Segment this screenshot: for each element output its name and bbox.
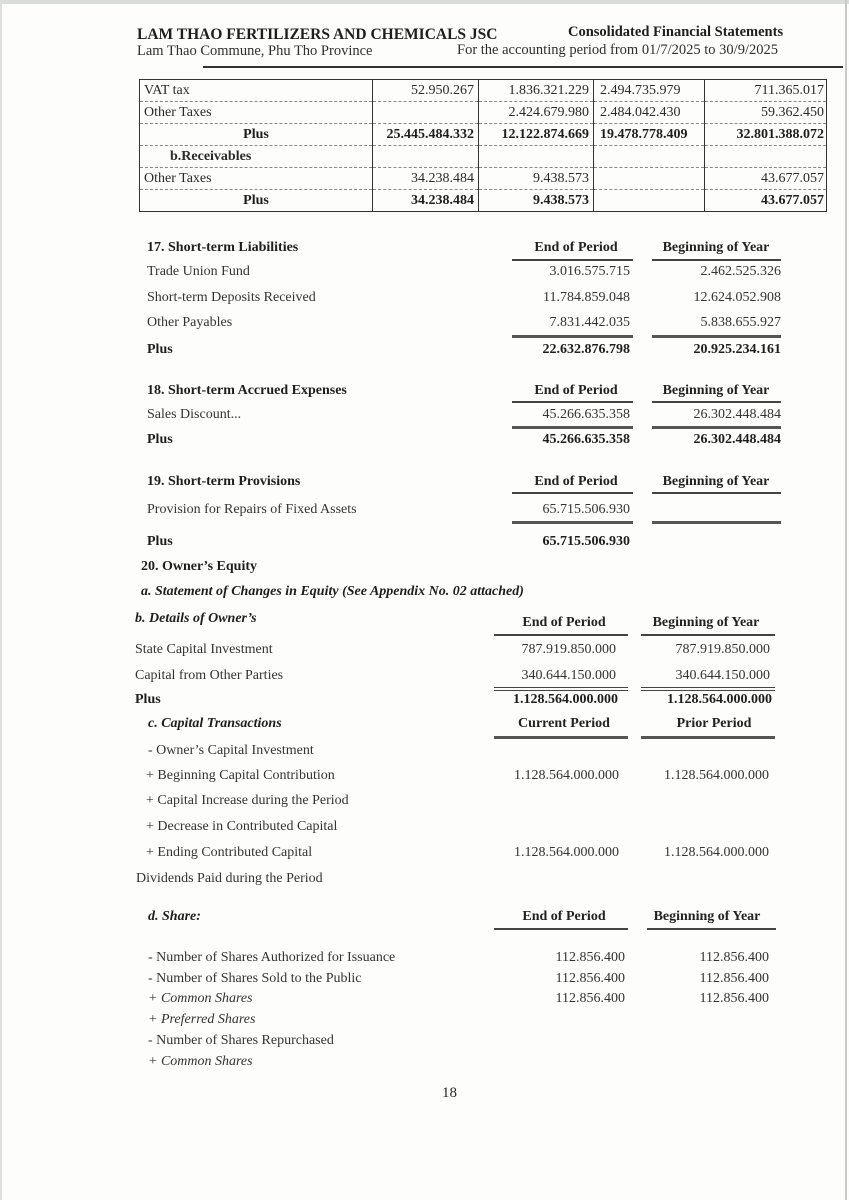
row-label: Trade Union Fund: [147, 264, 250, 280]
cell-value: 2.424.679.980: [479, 102, 594, 124]
table-row: b.Receivables: [140, 146, 827, 168]
header-underline: [652, 259, 781, 261]
total-begin-value: 26.302.448.484: [581, 432, 781, 448]
beginning-of-year-value: 787.919.850.000: [570, 642, 770, 658]
section-title: 20. Owner’s Equity: [141, 559, 257, 575]
section-title: 19. Short-term Provisions: [147, 474, 300, 490]
table-row: Other Taxes2.424.679.9802.484.042.43059.…: [140, 102, 827, 124]
row-label: + Common Shares: [148, 991, 253, 1007]
beginning-of-year-value: 26.302.448.484: [581, 407, 781, 423]
subsection-d-title: d. Share:: [148, 909, 201, 925]
total-double-rule: [641, 687, 775, 691]
table-row: Plus25.445.484.33212.122.874.66919.478.7…: [140, 124, 827, 146]
prior-period-value: 1.128.564.000.000: [569, 768, 769, 784]
header-underline: [641, 634, 775, 636]
cell-value: 59.362.450: [705, 102, 827, 124]
beginning-of-year-value: 12.624.052.908: [581, 290, 781, 306]
row-label: - Number of Shares Authorized for Issuan…: [148, 950, 395, 966]
scan-top-edge: [0, 0, 849, 4]
row-label: Plus: [140, 190, 373, 212]
total-begin-value: 1.128.564.000.000: [572, 692, 772, 708]
row-label: Other Payables: [147, 315, 232, 331]
row-label: + Capital Increase during the Period: [146, 793, 349, 809]
scan-right-edge: [845, 0, 847, 1200]
section-title: 17. Short-term Liabilities: [147, 240, 298, 256]
column-header: Beginning of Year: [616, 474, 816, 490]
header-underline: [652, 492, 781, 494]
cell-value: 52.950.267: [373, 80, 479, 102]
cell-value: [479, 146, 594, 168]
cell-value: 43.677.057: [705, 190, 827, 212]
row-label: + Ending Contributed Capital: [146, 845, 312, 861]
column-header: Beginning of Year: [616, 383, 816, 399]
total-rule: [512, 521, 633, 524]
header-underline: [647, 928, 776, 930]
header-underline: [494, 928, 628, 930]
cell-value: 2.484.042.430: [594, 102, 705, 124]
beginning-of-year-value: 340.644.150.000: [570, 668, 770, 684]
cell-value: [594, 168, 705, 190]
row-label: Short-term Deposits Received: [147, 290, 316, 306]
cell-value: 12.122.874.669: [479, 124, 594, 146]
cell-value: 34.238.484: [373, 168, 479, 190]
row-label: + Beginning Capital Contribution: [146, 768, 335, 784]
total-rule: [652, 335, 781, 338]
cell-value: 9.438.573: [479, 190, 594, 212]
beginning-of-year-value: 5.838.655.927: [581, 315, 781, 331]
row-label: VAT tax: [140, 80, 373, 102]
report-period: For the accounting period from 01/7/2025…: [457, 42, 778, 59]
column-header: Prior Period: [614, 716, 814, 732]
table-row: Other Taxes34.238.4849.438.57343.677.057: [140, 168, 827, 190]
total-rule: [652, 426, 781, 429]
header-underline: [512, 401, 633, 403]
total-rule: [512, 335, 633, 338]
row-label: Sales Discount...: [147, 407, 241, 423]
row-label: Other Taxes: [140, 102, 373, 124]
table-row: Plus34.238.4849.438.57343.677.057: [140, 190, 827, 212]
column-header: Beginning of Year: [607, 909, 807, 925]
cell-value: 711.365.017: [705, 80, 827, 102]
cell-value: 1.836.321.229: [479, 80, 594, 102]
cell-value: [594, 190, 705, 212]
subsection-c-title: c. Capital Transactions: [148, 716, 282, 732]
cell-value: 34.238.484: [373, 190, 479, 212]
total-rule: [652, 521, 781, 524]
total-double-rule: [494, 687, 628, 691]
end-of-period-value: 65.715.506.930: [430, 502, 630, 518]
beginning-of-year-value: 112.856.400: [569, 950, 769, 966]
row-label: Capital from Other Parties: [135, 668, 283, 684]
total-end-value: 65.715.506.930: [430, 534, 630, 550]
row-label: Provision for Repairs of Fixed Assets: [147, 502, 357, 518]
beginning-of-year-value: 112.856.400: [569, 971, 769, 987]
scan-left-edge: [0, 0, 2, 1200]
column-header: Beginning of Year: [606, 615, 806, 631]
row-label: + Common Shares: [148, 1054, 253, 1070]
cell-value: [594, 146, 705, 168]
total-label: Plus: [135, 692, 161, 708]
row-label: + Decrease in Contributed Capital: [146, 819, 337, 835]
subsection-a: a. Statement of Changes in Equity (See A…: [141, 584, 524, 600]
header-rule: [203, 66, 843, 68]
header-underline: [652, 401, 781, 403]
row-label: Other Taxes: [140, 168, 373, 190]
header-underline: [512, 259, 633, 261]
header-underline: [494, 736, 628, 739]
header-underline: [494, 634, 628, 636]
subsection-b-title: b. Details of Owner’s: [135, 611, 257, 627]
table-row: VAT tax52.950.2671.836.321.2292.494.735.…: [140, 80, 827, 102]
cell-value: [705, 146, 827, 168]
beginning-of-year-value: 112.856.400: [569, 991, 769, 1007]
page-number: 18: [442, 1085, 457, 1102]
total-begin-value: 20.925.234.161: [581, 342, 781, 358]
row-label: b.Receivables: [140, 146, 373, 168]
cell-value: [373, 146, 479, 168]
cell-value: 19.478.778.409: [594, 124, 705, 146]
row-label: State Capital Investment: [135, 642, 273, 658]
header-underline: [641, 736, 775, 739]
cell-value: 9.438.573: [479, 168, 594, 190]
row-label: Plus: [140, 124, 373, 146]
cell-value: 43.677.057: [705, 168, 827, 190]
header-underline: [512, 492, 633, 494]
total-rule: [512, 426, 633, 429]
total-label: Plus: [147, 432, 173, 448]
tax-table: VAT tax52.950.2671.836.321.2292.494.735.…: [139, 79, 827, 212]
total-label: Plus: [147, 342, 173, 358]
section-title: 18. Short-term Accrued Expenses: [147, 383, 347, 399]
cell-value: 25.445.484.332: [373, 124, 479, 146]
cell-value: 32.801.388.072: [705, 124, 827, 146]
column-header: Beginning of Year: [616, 240, 816, 256]
row-label: Dividends Paid during the Period: [136, 871, 323, 887]
row-label: - Owner’s Capital Investment: [148, 743, 314, 759]
company-address: Lam Thao Commune, Phu Tho Province: [137, 43, 372, 60]
cell-value: [373, 102, 479, 124]
row-label: - Number of Shares Sold to the Public: [148, 971, 361, 987]
row-label: + Preferred Shares: [148, 1012, 255, 1028]
report-title: Consolidated Financial Statements: [568, 24, 783, 41]
total-label: Plus: [147, 534, 173, 550]
company-name: LAM THAO FERTILIZERS AND CHEMICALS JSC: [137, 26, 497, 44]
prior-period-value: 1.128.564.000.000: [569, 845, 769, 861]
beginning-of-year-value: 2.462.525.326: [581, 264, 781, 280]
row-label: - Number of Shares Repurchased: [148, 1033, 334, 1049]
cell-value: 2.494.735.979: [594, 80, 705, 102]
